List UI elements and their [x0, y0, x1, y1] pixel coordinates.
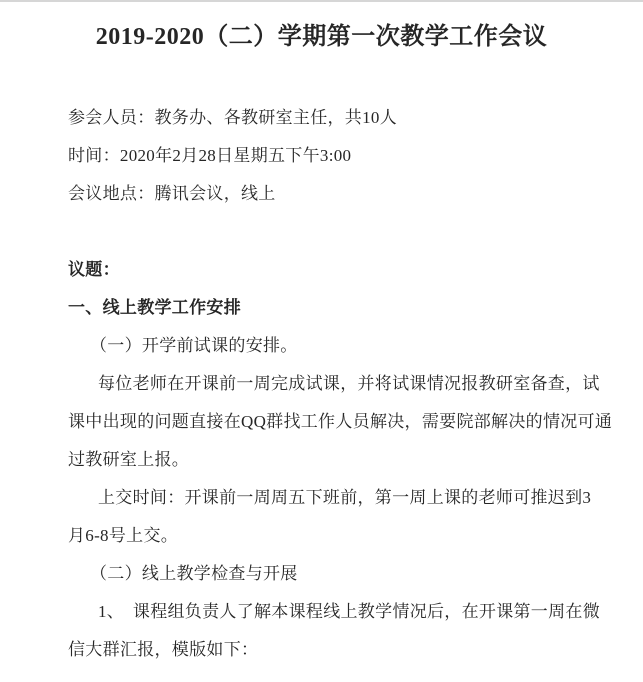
agenda-heading: 议题： [68, 251, 615, 289]
paragraph-3-line-1: 1、 课程组负责人了解本课程线上教学情况后，在开课第一周在微 [68, 593, 615, 631]
paragraph-2-line-2: 月6-8号上交。 [68, 517, 615, 555]
paragraph-3-line-2: 信大群汇报，模版如下： [68, 631, 615, 669]
document-title: 2019-2020（二）学期第一次教学工作会议 [30, 20, 613, 54]
paragraph-1-line-3: 过教研室上报。 [68, 441, 615, 479]
paragraph-2-line-1: 上交时间：开课前一周周五下班前，第一周上课的老师可推迟到3 [68, 479, 615, 517]
section-1-heading: 一、线上教学工作安排 [68, 289, 615, 327]
meta-time-line: 时间：2020年2月28日星期五下午3:00 [68, 137, 615, 175]
blank-line [68, 213, 615, 251]
document-body: 参会人员：教务办、各教研室主任，共10人 时间：2020年2月28日星期五下午3… [0, 99, 643, 669]
section-1-item-1-heading: （一）开学前试课的安排。 [68, 327, 615, 365]
paragraph-1-line-2: 课中出现的问题直接在QQ群找工作人员解决，需要院部解决的情况可通 [68, 403, 615, 441]
document-page: 2019-2020（二）学期第一次教学工作会议 参会人员：教务办、各教研室主任，… [0, 0, 643, 682]
paragraph-1-line-1: 每位老师在开课前一周完成试课，并将试课情况报教研室备查，试 [68, 365, 615, 403]
meta-attendees-line: 参会人员：教务办、各教研室主任，共10人 [68, 99, 615, 137]
meta-location-line: 会议地点：腾讯会议，线上 [68, 175, 615, 213]
section-1-item-2-heading: （二）线上教学检查与开展 [68, 555, 615, 593]
